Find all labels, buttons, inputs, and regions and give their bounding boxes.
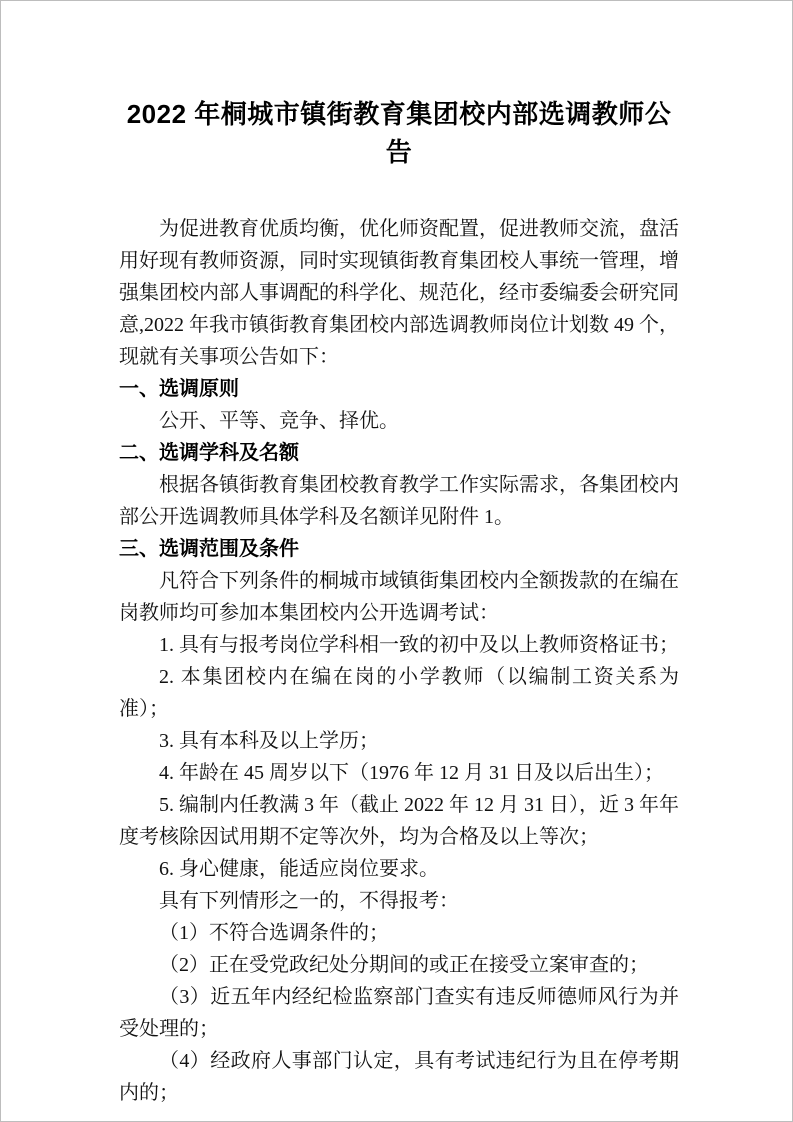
document-body: 为促进教育优质均衡，优化师资配置，促进教师交流，盘活用好现有教师资源，同时实现镇…	[119, 213, 679, 1109]
section-heading: 三、选调范围及条件	[119, 533, 679, 565]
paragraph: 具有下列情形之一的，不得报考：	[119, 885, 679, 917]
list-item: （2）正在受党政纪处分期间的或正在接受立案审查的；	[119, 949, 679, 981]
paragraph: 根据各镇街教育集团校教育教学工作实际需求，各集团校内部公开选调教师具体学科及名额…	[119, 469, 679, 533]
section-heading: 一、选调原则	[119, 373, 679, 405]
list-item: 6. 身心健康，能适应岗位要求。	[119, 853, 679, 885]
list-item: 3. 具有本科及以上学历；	[119, 725, 679, 757]
section-heading: 二、选调学科及名额	[119, 437, 679, 469]
list-item: （4）经政府人事部门认定，具有考试违纪行为且在停考期内的；	[119, 1045, 679, 1109]
document-page: 2022 年桐城市镇街教育集团校内部选调教师公告 为促进教育优质均衡，优化师资配…	[0, 0, 793, 1122]
list-item: 4. 年龄在 45 周岁以下（1976 年 12 月 31 日及以后出生）；	[119, 757, 679, 789]
list-item: 1. 具有与报考岗位学科相一致的初中及以上教师资格证书；	[119, 629, 679, 661]
document-title: 2022 年桐城市镇街教育集团校内部选调教师公告	[119, 95, 679, 171]
list-item: 5. 编制内任教满 3 年（截止 2022 年 12 月 31 日），近 3 年…	[119, 789, 679, 853]
paragraph: 公开、平等、竞争、择优。	[119, 405, 679, 437]
paragraph: 为促进教育优质均衡，优化师资配置，促进教师交流，盘活用好现有教师资源，同时实现镇…	[119, 213, 679, 373]
paragraph: 凡符合下列条件的桐城市域镇街集团校内全额拨款的在编在岗教师均可参加本集团校内公开…	[119, 565, 679, 629]
list-item: 2. 本集团校内在编在岗的小学教师（以编制工资关系为准）；	[119, 661, 679, 725]
list-item: （1）不符合选调条件的；	[119, 917, 679, 949]
list-item: （3）近五年内经纪检监察部门查实有违反师德师风行为并受处理的；	[119, 981, 679, 1045]
